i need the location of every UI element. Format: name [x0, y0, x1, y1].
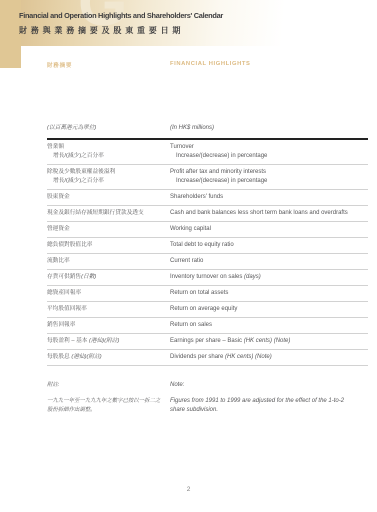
row-sublabel-zh: 增長/(減少)之百分率 — [47, 152, 166, 161]
row-label-zh: 每股盈利 – 基本 (港仙)(附註) — [47, 337, 170, 346]
row-label-en: Shareholders' funds — [170, 193, 368, 202]
row-label-zh: 除稅及少數股東權益後溢利 — [47, 168, 166, 177]
table-row-earnings-per-share: 每股盈利 – 基本 (港仙)(附註) Earnings per share – … — [47, 334, 368, 350]
report-page: G Financial and Operation Highlights and… — [0, 0, 377, 512]
row-label-en: Return on sales — [170, 321, 368, 330]
table-row-cash-and-bank: 現金及銀行結存減短期銀行貸款及透支 Cash and bank balances… — [47, 206, 368, 222]
table-row-debt-to-equity: 總負債對股值比率 Total debt to equity ratio — [47, 238, 368, 254]
table-row-profit: 除稅及少數股東權益後溢利 增長/(減少)之百分率 Profit after ta… — [47, 165, 368, 190]
table-row-current-ratio: 流動比率 Current ratio — [47, 254, 368, 270]
note-body-en-line2: share subdivision. — [170, 406, 368, 415]
unit-header-zh: (以百萬港元為單位) — [47, 124, 170, 133]
page-title-zh: 財務與業務摘要及股東重要日期 — [19, 25, 184, 36]
note-body-zh-line2: 股份拆細作出調整。 — [47, 406, 164, 415]
table-row-inventory-turnover: 存貨可供銷售(日數) Inventory turnover on sales (… — [47, 270, 368, 286]
left-accent-stripe — [0, 0, 21, 68]
row-label-zh: 平均股值回報率 — [47, 305, 170, 314]
row-sublabel-en: Increase/(decrease) in percentage — [170, 177, 368, 186]
row-label-en: Cash and bank balances less short term b… — [170, 209, 368, 218]
row-label-en: Turnover — [170, 143, 368, 152]
row-label-zh: 總資產回報率 — [47, 289, 170, 298]
financial-highlights-table: (以百萬港元為單位) (In HK$ millions) 營業額 增長/(減少)… — [47, 122, 368, 366]
note-body-zh-line1: 一九九一年至一九九九年之數字已按以一拆二之 — [47, 397, 164, 406]
section-header-zh: 財務摘要 — [47, 61, 72, 69]
row-label-en: Current ratio — [170, 257, 368, 266]
table-row-return-on-average-equity: 平均股值回報率 Return on average equity — [47, 302, 368, 318]
section-header-en: FINANCIAL HIGHLIGHTS — [170, 61, 251, 67]
table-row-shareholders-funds: 股東資金 Shareholders' funds — [47, 190, 368, 206]
page-number: 2 — [0, 486, 377, 493]
page-title-en: Financial and Operation Highlights and S… — [19, 11, 223, 20]
row-label-en: Return on average equity — [170, 305, 368, 314]
row-label-zh: 股東資金 — [47, 193, 170, 202]
row-label-zh: 總負債對股值比率 — [47, 241, 170, 250]
row-label-en: Working capital — [170, 225, 368, 234]
row-label-zh: 流動比率 — [47, 257, 170, 266]
table-row-return-on-total-assets: 總資產回報率 Return on total assets — [47, 286, 368, 302]
note-label-zh: 附註: — [47, 381, 164, 390]
row-sublabel-zh: 增長/(減少)之百分率 — [47, 177, 166, 186]
row-label-en: Profit after tax and minority interests — [170, 168, 368, 177]
row-label-zh: 現金及銀行結存減短期銀行貸款及透支 — [47, 209, 170, 218]
note-body-en-line1: Figures from 1991 to 1999 are adjusted f… — [170, 397, 368, 406]
table-row-return-on-sales: 銷售回報率 Return on sales — [47, 318, 368, 334]
row-label-zh: 存貨可供銷售(日數) — [47, 273, 170, 282]
row-label-en: Dividends per share (HK cents) (Note) — [170, 353, 368, 362]
row-label-en: Earnings per share – Basic (HK cents) (N… — [170, 337, 368, 346]
row-label-zh: 每股股息 (港仙)(附註) — [47, 353, 170, 362]
unit-header-en: (In HK$ millions) — [170, 124, 368, 133]
note-label-en: Note: — [170, 381, 368, 390]
row-label-zh: 銷售回報率 — [47, 321, 170, 330]
table-row-turnover: 營業額 增長/(減少)之百分率 Turnover Increase/(decre… — [47, 140, 368, 165]
footnote: 附註: 一九九一年至一九九九年之數字已按以一拆二之 股份拆細作出調整。 Note… — [47, 381, 368, 415]
row-sublabel-en: Increase/(decrease) in percentage — [170, 152, 368, 161]
row-label-zh: 營運資金 — [47, 225, 170, 234]
table-row-dividends-per-share: 每股股息 (港仙)(附註) Dividends per share (HK ce… — [47, 350, 368, 366]
row-label-en: Return on total assets — [170, 289, 368, 298]
row-label-en: Inventory turnover on sales (days) — [170, 273, 368, 282]
header-gradient-band — [0, 0, 377, 46]
table-row-working-capital: 營運資金 Working capital — [47, 222, 368, 238]
table-unit-header-row: (以百萬港元為單位) (In HK$ millions) — [47, 122, 368, 140]
row-label-zh: 營業額 — [47, 143, 166, 152]
row-label-en: Total debt to equity ratio — [170, 241, 368, 250]
